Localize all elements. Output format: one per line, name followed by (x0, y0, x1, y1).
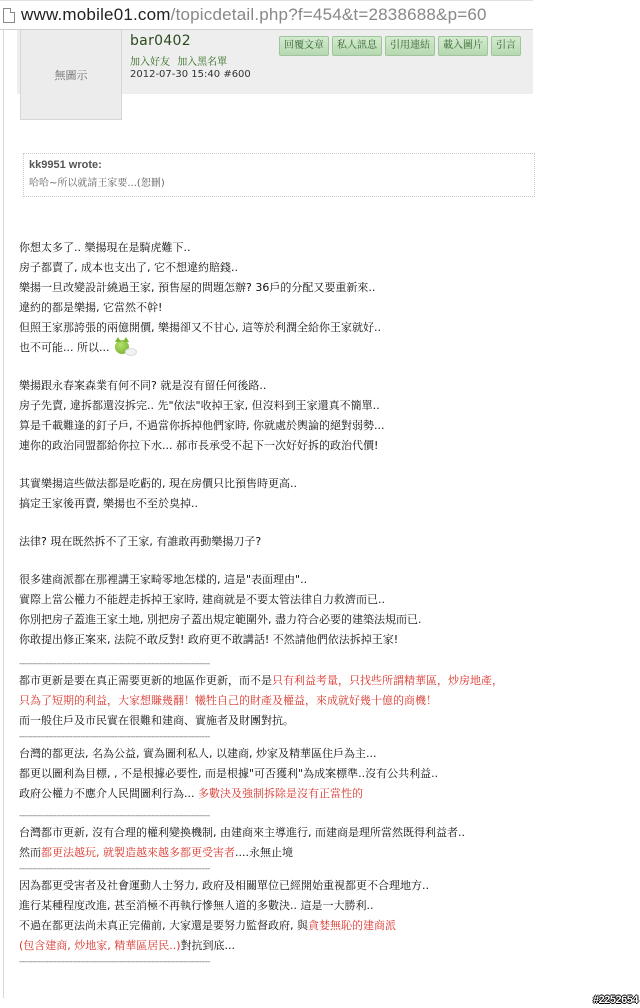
url-text[interactable]: www.mobile01.com/topicdetail.php?f=454&t… (21, 5, 487, 25)
post-datetime: 2012-07-30 15:40 (130, 69, 220, 80)
page-icon (3, 8, 15, 23)
quote-link-button[interactable]: 引用連結 (385, 36, 435, 56)
body-line: 不過在都更法尚未真正完備前, 大家還是要努力監督政府, 與貪婪無恥的建商派 (19, 916, 639, 936)
body-line: 其實樂揚這些做法都是吃虧的, 現在房價只比預售時更高.. (19, 474, 639, 494)
body-line: 政府公權力不應介人民間圖利行為... 多數決及強制拆除是沒有正當性的 (19, 784, 639, 804)
quote-block: kk9951 wrote: 哈哈~所以就請王家要...(恕刪) (23, 153, 535, 197)
body-line: 樂揚一旦改變設計繞過王家, 預售屋的問題怎辦? 36戶的分配又要重新來.. (19, 278, 639, 298)
body-line: 樂揚跟永春案森業有何不同? 就是沒有留任何後路.. (19, 376, 639, 396)
quote-text: 哈哈~所以就請王家要...(恕刪) (29, 174, 534, 189)
post-action-buttons: 回覆文章 私人訊息 引用連結 載入圖片 引言 (279, 36, 521, 56)
body-line: 你敢提出修正案來, 法院不敢反對! 政府更不敢講話! 不然請他們依法拆掉王家! (19, 630, 639, 650)
body-line: 實際上當公權力不能趕走拆掉王家時, 建商就是不要太管法律自力救濟而已.. (19, 590, 639, 610)
body-line: 因為都更受害者及社會運動人士努力, 政府及相關單位已經開始重視都更不合理地方.. (19, 876, 639, 896)
post-meta: 2012-07-30 15:40 #600 (130, 69, 251, 80)
body-line: 連你的政治同盟都給你拉下水... 郝市長承受不起下一次好好拆的政治代價! (19, 436, 639, 456)
body-line: 但照王家那誇張的兩億開價, 樂揚卻又不甘心, 這等於利潤全給你王家就好.. (19, 318, 639, 338)
add-blacklist-link[interactable]: 加入黑名單 (177, 57, 227, 68)
divider: ----------------------------------------… (19, 731, 639, 744)
body-line: 台灣都市更新, 沒有合理的權利變換機制, 由建商來主導進行, 而建商是理所當然既… (19, 823, 639, 843)
reply-button[interactable]: 回覆文章 (279, 36, 329, 56)
username-link[interactable]: bar0402 (130, 33, 251, 49)
body-line: 違約的都是樂揚, 它當然不幹! (19, 298, 639, 318)
body-line: 你想太多了.. 樂揚現在是騎虎難下.. (19, 238, 639, 258)
body-line: 你別把房子蓋進王家土地, 別把房子蓋出規定範圍外, 盡力符合必要的建築法規而已. (19, 610, 639, 630)
avatar-placeholder-text: 無圖示 (55, 67, 88, 83)
body-line-highlight: 只為了短期的利益，大家想賺幾翻！犧牲自己的財產及權益，來成就好幾十億的商機！ (19, 691, 639, 711)
body-line: 進行某種程度改進, 甚至消極不再執行慘無人道的多數決.. 這是一大勝利.. (19, 896, 639, 916)
body-line: 都更以圖利為目標, , 不是根據必要性, 而是根據"可否獲利"為成案標準..沒有… (19, 764, 639, 784)
body-line: 很多建商派都在那裡講王家畸零地怎樣的, 這是"表面理由".. (19, 570, 639, 590)
post-body: 你想太多了.. 樂揚現在是騎虎難下.. 房子都賣了, 成本也支出了, 它不想違約… (19, 238, 639, 969)
divider: ----------------------------------------… (19, 810, 639, 823)
body-line: 搞定王家後再賣, 樂揚也不至於臭掉.. (19, 494, 639, 514)
body-line: 台灣的都更法, 名為公益, 實為圖利私人, 以建商, 炒家及精華區住戶為主... (19, 744, 639, 764)
quote-author: kk9951 wrote: (29, 159, 534, 171)
post-number[interactable]: #600 (223, 69, 250, 80)
user-info: bar0402 加入好友 加入黑名單 2012-07-30 15:40 #600 (130, 33, 251, 80)
post-left-border (3, 30, 4, 998)
divider: ----------------------------------------… (19, 956, 639, 969)
body-line: 房子先賣, 違拆都還沒拆完.. 先"依法"收掉王家, 但沒料到王家還真不簡單.. (19, 396, 639, 416)
body-line: (包含建商, 炒地家, 精華區居民..)對抗到底... (19, 936, 639, 956)
add-friend-link[interactable]: 加入好友 (130, 57, 170, 68)
divider: ----------------------------------------… (19, 658, 639, 671)
body-line: 也不可能... 所以... (19, 338, 639, 358)
quote-button[interactable]: 引言 (491, 36, 521, 56)
body-line: 然而都更法越玩, 就製造越來越多都更受害者....永無止境 (19, 843, 639, 863)
address-bar[interactable]: www.mobile01.com/topicdetail.php?f=454&t… (0, 0, 533, 30)
body-line: 房子都賣了, 成本也支出了, 它不想違約賠錢.. (19, 258, 639, 278)
body-line: 算是千載難逢的釘子戶, 不過當你拆掉他們家時, 你就處於輿論的絕對弱勢... (19, 416, 639, 436)
avatar: 無圖示 (20, 30, 122, 120)
body-line: 而一般住戶及市民實在很難和建商、實施者及財團對抗。 (19, 711, 639, 731)
body-line: 都市更新是要在真正需要更新的地區作更新，而不是只有利益考量，只找些所謂精華區，炒… (19, 671, 639, 691)
private-message-button[interactable]: 私人訊息 (332, 36, 382, 56)
divider: ----------------------------------------… (19, 863, 639, 876)
load-images-button[interactable]: 載入圖片 (438, 36, 488, 56)
green-devil-emoticon-icon (115, 340, 137, 356)
body-line: 法律? 現在既然拆不了王家, 有誰敢再動樂揚刀子? (19, 532, 639, 552)
image-watermark: #2252654 (593, 994, 638, 1006)
